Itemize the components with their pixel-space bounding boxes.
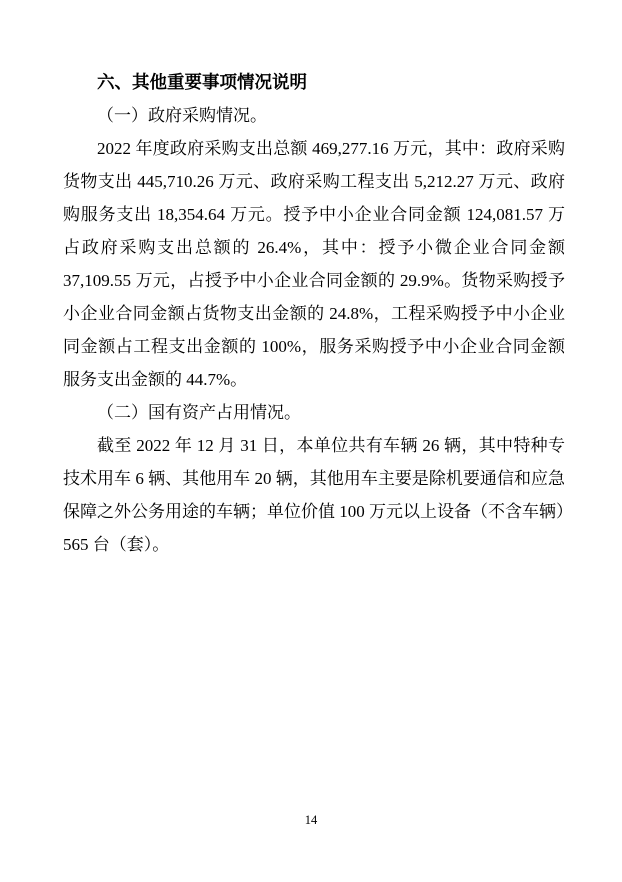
document-body: 六、其他重要事项情况说明 （一）政府采购情况。 2022 年度政府采购支出总额 …: [63, 66, 565, 561]
subsection-heading-assets: （二）国有资产占用情况。: [63, 396, 565, 429]
paragraph-line: 购服务支出 18,354.64 万元。授予中小企业合同金额 124,081.57…: [63, 198, 565, 231]
paragraph-line: 37,109.55 万元，占授予中小企业合同金额的 29.9%。货物采购授予中: [63, 264, 565, 297]
paragraph-line: 技术用车 6 辆、其他用车 20 辆，其他用车主要是除机要通信和应急: [63, 462, 565, 495]
paragraph-line: 占政府采购支出总额的 26.4%，其中：授予小微企业合同金额: [63, 231, 565, 264]
paragraph-line: 2022 年度政府采购支出总额 469,277.16 万元，其中：政府采购: [63, 132, 565, 165]
paragraph-line: 服务支出金额的 44.7%。: [63, 363, 565, 396]
document-page: 六、其他重要事项情况说明 （一）政府采购情况。 2022 年度政府采购支出总额 …: [0, 0, 622, 882]
paragraph-line: 保障之外公务用途的车辆；单位价值 100 万元以上设备（不含车辆）: [63, 495, 565, 528]
paragraph-line: 同金额占工程支出金额的 100%，服务采购授予中小企业合同金额占: [63, 330, 565, 363]
page-number: 14: [0, 813, 622, 828]
paragraph-line: 货物支出 445,710.26 万元、政府采购工程支出 5,212.27 万元、…: [63, 165, 565, 198]
paragraph-line: 565 台（套）。: [63, 528, 565, 561]
paragraph-line: 截至 2022 年 12 月 31 日，本单位共有车辆 26 辆，其中特种专业: [63, 429, 565, 462]
paragraph-line: 小企业合同金额占货物支出金额的 24.8%，工程采购授予中小企业合: [63, 297, 565, 330]
section-heading: 六、其他重要事项情况说明: [63, 66, 565, 99]
subsection-heading-procurement: （一）政府采购情况。: [63, 99, 565, 132]
